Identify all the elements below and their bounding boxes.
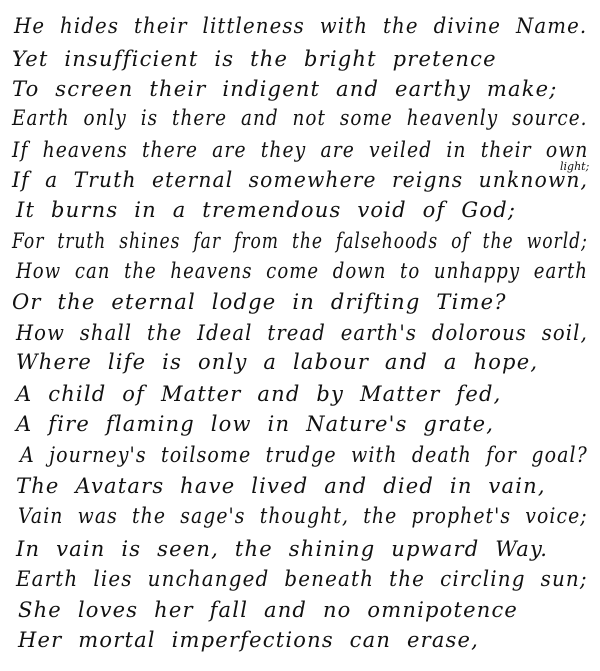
manuscript-line: He hides their littleness with the divin…: [14, 14, 587, 38]
manuscript-line: It burns in a tremendous void of God;: [16, 198, 516, 222]
manuscript-line: Or the eternal lodge in drifting Time?: [12, 290, 507, 314]
manuscript-line: For truth shines far from the falsehoods…: [12, 229, 588, 253]
manuscript-line: Yet insufficient is the bright pretence: [12, 47, 497, 71]
manuscript-line: If a Truth eternal somewhere reigns unkn…: [12, 168, 588, 192]
manuscript-line: Where life is only a labour and a hope,: [16, 350, 538, 374]
manuscript-line: A fire flaming low in Nature's grate,: [16, 412, 494, 436]
manuscript-line: A journey's toilsome trudge with death f…: [20, 443, 588, 467]
manuscript-line: In vain is seen, the shining upward Way.: [16, 537, 548, 561]
manuscript-line: She loves her fall and no omnipotence: [18, 598, 518, 622]
manuscript-page: He hides their littleness with the divin…: [0, 0, 600, 671]
manuscript-line: Vain was the sage's thought, the prophet…: [18, 504, 588, 528]
manuscript-line: A child of Matter and by Matter fed,: [16, 382, 502, 406]
manuscript-line: Earth lies unchanged beneath the circlin…: [16, 567, 588, 591]
manuscript-line: The Avatars have lived and died in vain,: [16, 474, 546, 498]
manuscript-line: If heavens there are they are veiled in …: [12, 138, 588, 162]
manuscript-line: How can the heavens come down to unhappy…: [16, 259, 588, 283]
manuscript-line: Earth only is there and not some heavenl…: [12, 106, 588, 130]
manuscript-line: Her mortal imperfections can erase,: [18, 628, 479, 652]
manuscript-line: How shall the Ideal tread earth's doloro…: [16, 321, 588, 345]
manuscript-line: To screen their indigent and earthy make…: [12, 77, 558, 101]
